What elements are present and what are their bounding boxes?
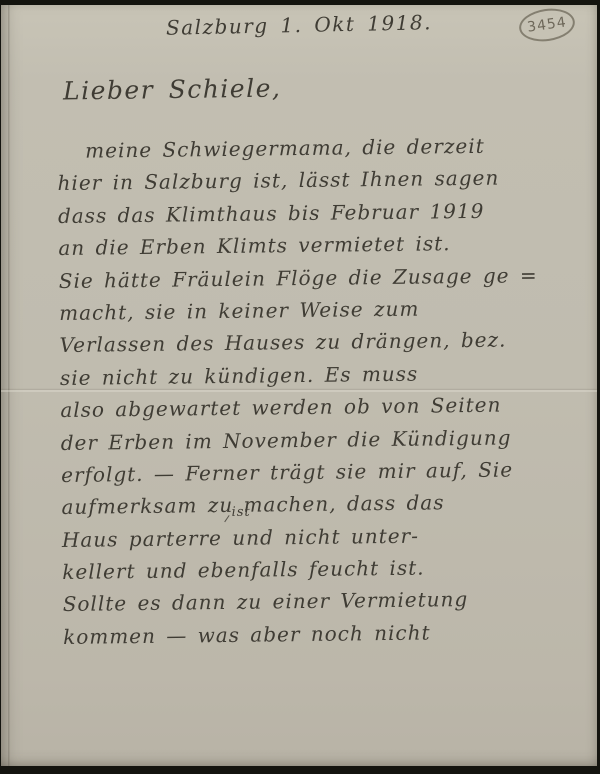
handwritten-line: kommen — was aber noch nicht: [63, 615, 567, 654]
letter-paper: Salzburg 1. Okt 1918. 3454 Lieber Schiel…: [1, 5, 597, 766]
salutation: Lieber Schiele,: [63, 73, 282, 105]
handwritten-line: Sie hätte Fräulein Flöge die Zusage ge =: [59, 258, 563, 297]
handwritten-line: also abgewartet werden ob von Seiten: [60, 388, 564, 427]
inserted-word-above-line: ist: [232, 505, 251, 521]
scanned-letter-page: Salzburg 1. Okt 1918. 3454 Lieber Schiel…: [0, 0, 600, 774]
handwritten-line: hier in Salzburg ist, lässt Ihnen sagen: [57, 161, 561, 200]
handwritten-line: Verlassen des Hauses zu drängen, bez.: [59, 323, 563, 362]
paper-fold-line-vertical: [8, 5, 10, 766]
handwritten-line: erfolgt. — Ferner trägt sie mir auf, Sie: [61, 453, 565, 492]
date-line: Salzburg 1. Okt 1918.: [1, 7, 597, 43]
letter-body: meine Schwiegermama, die derzeit hier in…: [57, 129, 567, 653]
